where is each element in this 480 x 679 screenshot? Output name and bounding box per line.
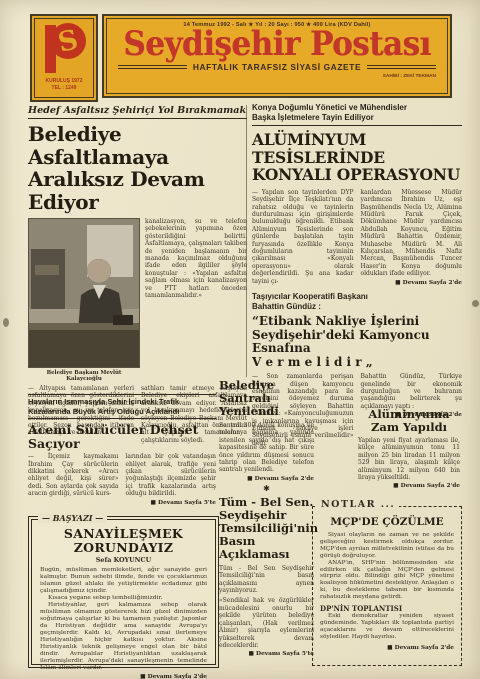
tumbelsen-para1: Tüm - Bel Sen Seydişehir Temsilciliği'ni… [219, 565, 314, 595]
belediye-kicker: Hedef Asfaltsız Şehiriçi Yol Bırakmamak [28, 105, 247, 119]
tumbelsen-headline-line2: Seydişehir [219, 509, 314, 522]
notlar-box: NOTLAR ... MÇP'DE ÇÖZÜLME Siyasi olaylar… [312, 506, 462, 666]
etibank-headline-line1: “Etibank Nakliye İşlerini [252, 315, 462, 329]
belediye-headline-line1: Belediye Asfaltlamaya [28, 123, 247, 168]
trafik-kicker-line1: Havaların Isınmasıyla Şehir İçindeki Tra… [28, 397, 216, 407]
middle-column: Belediye Santralı Yenilendi Santral 300 … [219, 379, 314, 657]
owner-credit: SAHİBİ : ZEKİ TEKMAN [383, 74, 436, 79]
aluminyum-continued-note: ■ Devamı Sayfa 2'de [361, 280, 463, 286]
aluminyum-kicker-line2: Başka İşletmelere Tayin Ediliyor [252, 113, 462, 127]
tumbelsen-para2: «Sendikal hak ve özgürlükler mücadelesin… [219, 597, 314, 649]
aluminyum-col-b: kanlardan Müessese Müdür yardımcısı İbra… [361, 189, 463, 278]
basyazi-para2: Kısaca yegane sebep tembelliğimizdir. [40, 595, 207, 602]
photo-caption: Belediye Başkanı Mevlüt Kalaycıoğlu [28, 370, 140, 382]
santral-body: Santral 300 dahili konuşma ve telefon ba… [219, 422, 314, 474]
zam-body: Yapılan yeni fiyat ayarlaması ile, külçe… [358, 437, 460, 481]
scan-smudge-left [3, 318, 9, 327]
basyazi-para1: Bugün, müslüman memleketleri, ağır sanay… [40, 567, 207, 595]
notlar-para1: Siyasi olayların ne zaman ve ne şekilde … [320, 532, 454, 560]
masthead-subtitle-band: HAFTALIK TARAFSIZ SİYASİ GAZETE [118, 62, 436, 72]
story-tumbelsen: Tüm - Bel Sen. Seydişehir Temsilciliği'n… [219, 496, 314, 657]
masthead: 14 Temmuz 1992 - Salı ★ Yıl : 20 Sayı : … [102, 14, 452, 98]
trafik-col-a: — İlçemiz kaymakamı İbrahim Çay sürücüle… [28, 453, 119, 505]
trafik-col-b: larından bir çok vatandaşın ehliyet alar… [126, 453, 217, 497]
newspaper-title: Seydişehir Postası [123, 27, 430, 62]
etibank-headline-line3: V e r m e l i d i r „ [252, 356, 462, 370]
trafik-kicker-line2: Kazalarında Büyük Artış Olduğu Açıklandı [28, 407, 216, 417]
basyazi-label: — BAŞYAZI — [38, 513, 107, 523]
newspaper-subtitle: HAFTALIK TARAFSIZ SİYASİ GAZETE [193, 62, 361, 72]
etibank-col-b: Bahattin Gündüz, Türkiye genelinde bir e… [361, 373, 463, 410]
basyazi-headline: SANAYİLEŞMEK ZORUNDAYIZ [40, 527, 207, 554]
scan-smudge-right [472, 300, 479, 307]
belediye-headline-line2: Aralıksız Devam Ediyor [28, 168, 247, 213]
santral-headline-line1: Belediye Santralı [219, 379, 314, 405]
newspaper-page: S KURULUŞ 1972 TEL : 1249 14 Temmuz 1992… [0, 0, 480, 679]
notlar-para3: Eski demokratlar yeniden siyaset gündemi… [320, 613, 454, 641]
band-rule-left [118, 65, 187, 69]
zam-continued-note: ■ Devamı Sayfa 2'de [358, 483, 460, 489]
band-rule-right [367, 65, 436, 69]
mayor-photo [28, 218, 140, 368]
notlar-continued-note: ■ Devamı Sayfa 2'de [320, 645, 454, 651]
newspaper-logo-box: S KURULUŞ 1972 TEL : 1249 [30, 14, 98, 102]
etibank-kicker-line2: Bahattin Gündüz : [252, 302, 462, 312]
santral-headline-line2: Yenilendi [219, 405, 314, 418]
tumbelsen-headline-line4: Basın Açıklaması [219, 535, 314, 561]
notlar-headline2: DP'NİN TOPLANTISI [320, 604, 454, 613]
notlar-headline1: MÇP'DE ÇÖZÜLME [320, 516, 454, 529]
aluminyum-kicker-line1: Konya Doğumlu Yönetici ve Mühendisler [252, 103, 462, 113]
column-rule-1 [246, 105, 247, 377]
notlar-para2: ANAP'ın, SHP'nin bölünmesinden söz edili… [320, 560, 454, 601]
ps-monogram-icon: S [40, 21, 88, 77]
aluminyum-col-a: — Yapılan son tayinlerden DYP Seydişehir… [252, 189, 354, 286]
notlar-label: NOTLAR ... [317, 499, 399, 510]
tumbelsen-headline-line3: Temsilciliği'nin [219, 522, 314, 535]
basyazi-continued-note: ■ Devamı Sayfa 2'de [40, 674, 207, 679]
tumbelsen-headline-line1: Tüm - Bel Sen. [219, 496, 314, 509]
trafik-continued-note: ■ Devamı Sayfa 5'te [126, 500, 217, 506]
etibank-headline-line2: Seydişehir'deki Kamyoncu Esnafına [252, 329, 462, 356]
story-zam: Alüminyuma Zam Yapıldı Yapılan yeni fiya… [358, 408, 460, 489]
trafik-headline: Acemi Sürücüler Dehşet Saçıyor [28, 423, 216, 450]
logo-founded-line1: KURULUŞ 1972 [46, 78, 83, 84]
story-aluminyum: Konya Doğumlu Yönetici ve Mühendisler Ba… [252, 103, 462, 286]
etibank-kicker-line1: Taşıyıcılar Kooperatifi Başkanı [252, 292, 462, 302]
logo-founded-line2: TEL : 1249 [52, 85, 77, 91]
tumbelsen-continued-note: ■ Devamı Sayfa 5'te [219, 651, 314, 657]
belediye-side-column: kanalizasyon, su ve telefon şebekelerini… [145, 218, 247, 382]
aluminyum-headline-line2: KONYALI OPERASYONU [252, 166, 462, 184]
basyazi-byline: Sefa KOYUNCU [40, 556, 207, 564]
aluminyum-headline-line1: ALÜMİNYUM TESİSLERİNDE [252, 131, 462, 166]
story-santral: Belediye Santralı Yenilendi Santral 300 … [219, 379, 314, 494]
zam-headline-line2: Zam Yapıldı [358, 421, 460, 434]
star-divider-icon: ✱ [219, 484, 314, 494]
story-trafik: Havaların Isınmasıyla Şehir İçindeki Tra… [28, 394, 216, 506]
basyazi-box: — BAŞYAZI — SANAYİLEŞMEK ZORUNDAYIZ Sefa… [28, 516, 219, 668]
basyazi-para3: Hıristiyanlar, geri kalmamıza sebep olar… [40, 602, 207, 672]
santral-continued-note: ■ Devamı Sayfa 2'de [219, 476, 314, 482]
